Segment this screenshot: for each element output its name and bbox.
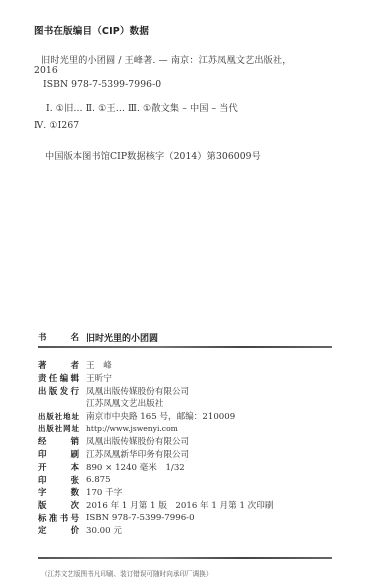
label-char: 书 (60, 512, 68, 524)
edition-value: 2016 年 1 月第 1 版 2016 年 1 月第 1 次印刷 (86, 499, 273, 511)
publisher-address-row: 出 版 社 地 址 南京市中央路 165 号，邮编：210009 (38, 410, 273, 423)
label-char: 字 (38, 486, 46, 498)
label-char: 定 (38, 524, 46, 536)
label-char: 版 (38, 499, 46, 511)
label-char: 出 (38, 385, 46, 397)
isbn-label: 标 准 书 号 (38, 512, 86, 524)
edition-label: 版 次 (38, 499, 86, 511)
label-char: 本 (71, 461, 79, 473)
cip-bibliographic-entry: 旧时光里的小团圆 / 王峰著. — 南京：江苏凤凰文艺出版社， (41, 52, 291, 66)
label-char: 社 (55, 423, 62, 434)
distributor-row: 经 销 凤凰出版传媒股份有限公司 (38, 435, 273, 448)
word-count-label: 字 数 (38, 486, 86, 498)
cip-classification-number: Ⅳ. ①I267 (34, 120, 79, 131)
distributor-label: 经 销 (38, 435, 86, 447)
publisher-label: 出 版 发 行 (38, 385, 86, 397)
label-char: 准 (49, 512, 57, 524)
printed-sheets-row: 印 张 6.875 (38, 473, 273, 486)
label-char: 经 (38, 435, 46, 447)
publisher-website-row: 出 版 社 网 址 http://www.jswenyi.com (38, 422, 273, 435)
printed-sheets-label: 印 张 (38, 474, 86, 486)
book-title-row: 书 名 旧时光里的小团圆 (38, 331, 158, 344)
label-char: 网 (63, 423, 70, 434)
label-char: 出 (38, 411, 45, 422)
cip-classification: Ⅰ. ①旧… Ⅱ. ①王… Ⅲ. ①散文集 – 中国 – 当代 (46, 100, 238, 114)
cip-verification-number: 中国版本图书馆CIP数据核字（2014）第306009号 (45, 148, 261, 162)
label-char: 张 (71, 474, 79, 486)
label-char: 版 (46, 411, 53, 422)
edition-row: 版 次 2016 年 1 月第 1 版 2016 年 1 月第 1 次印刷 (38, 499, 273, 512)
book-title-label: 书 名 (38, 331, 86, 344)
editor-value: 王昕宁 (86, 372, 112, 384)
label-char: 数 (71, 486, 79, 498)
author-row: 著 者 王 峰 (38, 359, 273, 372)
label-char: 责 (38, 372, 46, 384)
label-char: 出 (38, 423, 45, 434)
label-char: 印 (38, 474, 46, 486)
label-char: 版 (49, 385, 57, 397)
footer-divider (38, 557, 332, 559)
cip-publication-year: 2016 (34, 65, 58, 76)
label-char: 者 (71, 359, 79, 371)
label-char: 名 (71, 331, 79, 344)
label-char: 址 (72, 423, 79, 434)
publisher-address-label: 出 版 社 地 址 (38, 411, 86, 422)
price-label: 定 价 (38, 524, 86, 536)
isbn-value: ISBN 978-7-5399-7996-0 (86, 513, 195, 523)
format-row: 开 本 890 × 1240 毫米 1/32 (38, 461, 273, 474)
publisher-address-value: 南京市中央路 165 号，邮编：210009 (86, 410, 235, 422)
isbn-row: 标 准 书 号 ISBN 978-7-5399-7996-0 (38, 511, 273, 524)
printer-value: 江苏凤凰新华印务有限公司 (86, 448, 189, 460)
label-char: 印 (38, 448, 46, 460)
footer-note: （江苏文艺版图书凡印刷、装订错误可随时向承印厂调换） (41, 568, 212, 578)
label-char: 销 (71, 435, 79, 447)
printed-sheets-value: 6.875 (86, 475, 111, 485)
label-char: 次 (71, 499, 79, 511)
label-char: 价 (71, 524, 79, 536)
word-count-row: 字 数 170 千字 (38, 486, 273, 499)
label-char: 刷 (71, 448, 79, 460)
publisher-row-continued: 江苏凤凰文艺出版社 (38, 397, 273, 410)
label-char: 号 (71, 512, 79, 524)
publisher-website-label: 出 版 社 网 址 (38, 423, 86, 434)
label-char: 址 (72, 411, 79, 422)
cip-heading: 图书在版编目（CIP）数据 (34, 23, 149, 37)
author-label: 著 者 (38, 359, 86, 371)
publisher-value-2: 江苏凤凰文艺出版社 (86, 397, 163, 409)
book-title-value: 旧时光里的小团圆 (86, 331, 158, 344)
label-char: 行 (71, 385, 79, 397)
label-char: 书 (38, 331, 46, 344)
cip-isbn: ISBN 978-7-5399-7996-0 (43, 79, 161, 90)
format-label: 开 本 (38, 461, 86, 473)
label-char: 任 (49, 372, 57, 384)
word-count-value: 170 千字 (86, 486, 122, 498)
label-char: 发 (60, 385, 68, 397)
publisher-value: 凤凰出版传媒股份有限公司 (86, 385, 189, 397)
colophon-info-list: 著 者 王 峰 责 任 编 辑 王昕宁 出 版 发 行 凤凰出版传媒股份有限公司… (38, 359, 273, 537)
label-char: 社 (55, 411, 62, 422)
label-char: 辑 (71, 372, 79, 384)
label-char: 版 (46, 423, 53, 434)
label-char: 地 (63, 411, 70, 422)
title-divider (38, 346, 332, 348)
publisher-website-link[interactable]: http://www.jswenyi.com (86, 424, 178, 433)
distributor-value: 凤凰出版传媒股份有限公司 (86, 435, 189, 447)
editor-row: 责 任 编 辑 王昕宁 (38, 372, 273, 385)
label-char: 编 (60, 372, 68, 384)
label-char: 著 (38, 359, 46, 371)
printer-row: 印 刷 江苏凤凰新华印务有限公司 (38, 448, 273, 461)
author-value: 王 峰 (86, 359, 112, 371)
format-value: 890 × 1240 毫米 1/32 (86, 461, 185, 473)
publisher-row: 出 版 发 行 凤凰出版传媒股份有限公司 (38, 384, 273, 397)
editor-label: 责 任 编 辑 (38, 372, 86, 384)
label-char: 标 (38, 512, 46, 524)
price-value: 30.00 元 (86, 524, 122, 536)
printer-label: 印 刷 (38, 448, 86, 460)
price-row: 定 价 30.00 元 (38, 524, 273, 537)
label-char: 开 (38, 461, 46, 473)
